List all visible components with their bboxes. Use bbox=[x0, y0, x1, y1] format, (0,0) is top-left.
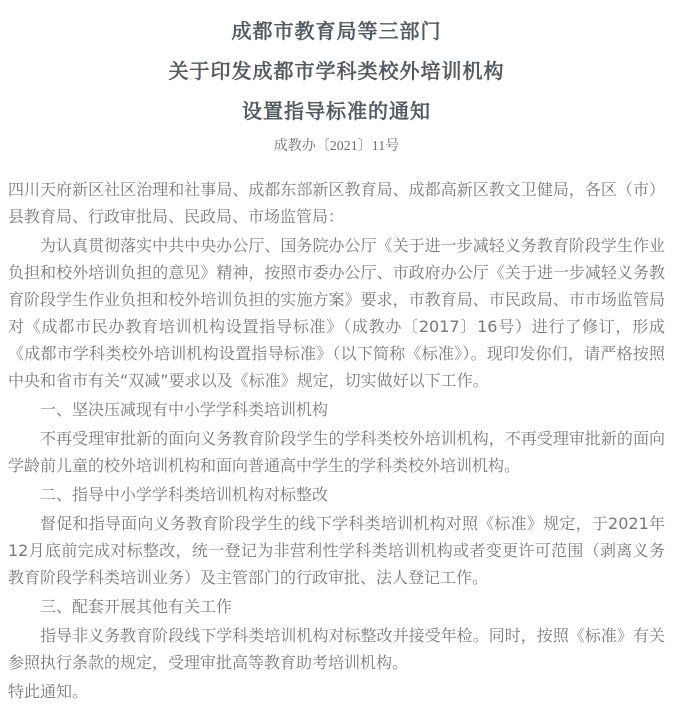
section-heading-1: 一、坚决压减现有中小学学科类培训机构 bbox=[8, 396, 665, 423]
paragraph-section-1: 不再受理审批新的面向义务教育阶段学生的学科类校外培训机构，不再受理审批新的面向学… bbox=[8, 425, 665, 479]
document-title-line-2: 关于印发成都市学科类校外培训机构 bbox=[8, 52, 665, 92]
document-title-line-3: 设置指导标准的通知 bbox=[8, 92, 665, 132]
paragraph-section-2: 督促和指导面向义务教育阶段学生的线下学科类培训机构对照《标准》规定，于2021年… bbox=[8, 510, 665, 591]
section-heading-3: 三、配套开展其他有关工作 bbox=[8, 593, 665, 620]
document-number: 成教办〔2021〕11号 bbox=[8, 132, 665, 162]
paragraph-section-3: 指导非义务教育阶段线下学科类培训机构对标整改并接受年检。同时，按照《标准》有关参… bbox=[8, 622, 665, 676]
document-header: 成都市教育局等三部门 关于印发成都市学科类校外培训机构 设置指导标准的通知 成教… bbox=[8, 12, 665, 162]
document-body: 四川天府新区社区治理和社事局、成都东部新区教育局、成都高新区教文卫健局，各区（市… bbox=[8, 176, 665, 704]
closing-note: 特此通知。 bbox=[8, 678, 665, 704]
section-heading-2: 二、指导中小学学科类培训机构对标整改 bbox=[8, 481, 665, 508]
paragraph-intro: 为认真贯彻落实中共中央办公厅、国务院办公厅《关于进一步减轻义务教育阶段学生作业负… bbox=[8, 232, 665, 394]
document-title-line-1: 成都市教育局等三部门 bbox=[8, 12, 665, 52]
document-page: 成都市教育局等三部门 关于印发成都市学科类校外培训机构 设置指导标准的通知 成教… bbox=[0, 0, 673, 704]
salutation: 四川天府新区社区治理和社事局、成都东部新区教育局、成都高新区教文卫健局，各区（市… bbox=[8, 176, 665, 230]
